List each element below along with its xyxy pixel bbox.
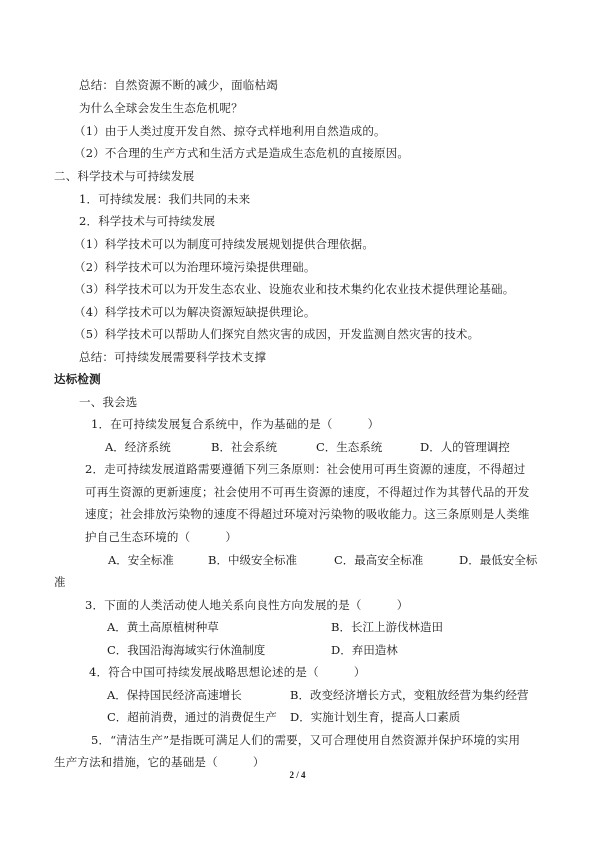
section-title: 二、科学技术与可持续发展 xyxy=(54,168,194,184)
option-d: D．人的管理调控 xyxy=(420,439,510,455)
question-stem: 生产方法和措施，它的基础是（ ） xyxy=(54,754,265,770)
sub-point: （2）科学技术可以为治理环境污染提供理础。 xyxy=(74,259,316,275)
reason-item: （1）由于人类过度开发自然、掠夺式样地利用自然造成的。 xyxy=(74,123,386,139)
option-wrap: 准 xyxy=(54,574,66,590)
question-stem: 1．在可持续发展复合系统中，作为基础的是（ ） xyxy=(91,416,379,432)
option-b: B．长江上游伐林造田 xyxy=(331,619,443,635)
option-b: B．中级安全标准 xyxy=(208,552,297,568)
option-c: C．超前消费，通过的消费促生产 xyxy=(107,709,277,725)
question-why: 为什么全球会发生生态危机呢？ xyxy=(79,100,243,116)
question-stem: 速度；社会排放污染物的速度不得超过环境对污染物的吸收能力。这三条原则是人类维 xyxy=(85,506,530,522)
question-stem: 2．走可持续发展道路需要遵循下列三条原则：社会使用可再生资源的速度，不得超过 xyxy=(85,461,525,477)
test-heading: 达标检测 xyxy=(54,371,101,387)
page-number: 2 / 4 xyxy=(0,770,595,780)
option-d: D．最低安全标 xyxy=(459,552,537,568)
question-stem: 5．“清洁生产”是指既可满足人们的需要，又可合理使用自然资源并保护环境的实用 xyxy=(91,732,520,748)
option-a: A．安全标准 xyxy=(108,552,174,568)
reason-item: （2）不合理的生产方式和生活方式是造成生态危机的直接原因。 xyxy=(74,145,409,161)
sub-point: （1）科学技术可以为制度可持续发展规划提供合理依据。 xyxy=(74,236,374,252)
question-stem: 护自己生态环境的（ ） xyxy=(85,529,237,545)
sub-point: （4）科学技术可以为解决资源短缺提供理论。 xyxy=(74,304,316,320)
option-b: B．改变经济增长方式，变粗放经营为集约经营 xyxy=(290,687,528,703)
part-title: 一、我会选 xyxy=(79,394,138,410)
option-a: A．黄土高原植树种草 xyxy=(107,619,219,635)
question-stem: 可再生资源的更新速度；社会使用不可再生资源的速度，不得超过作为其替代品的开发 xyxy=(85,484,530,500)
option-a: A．保持国民经济高速增长 xyxy=(107,687,242,703)
option-c: C．生态系统 xyxy=(316,439,382,455)
option-d: D．弃田造林 xyxy=(331,642,398,658)
sub-point: （5）科学技术可以帮助人们探究自然灾害的成因，开发监测自然灾害的技术。 xyxy=(74,326,479,342)
section-point: 2．科学技术与可持续发展 xyxy=(79,213,215,229)
sub-point: （3）科学技术可以为开发生态农业、设施农业和技术集约化农业技术提供理论基础。 xyxy=(74,281,514,297)
option-c: C．最高安全标准 xyxy=(334,552,423,568)
option-a: A．经济系统 xyxy=(105,439,171,455)
option-d: D．实施计划生育，提高人口素质 xyxy=(290,709,460,725)
question-stem: 3．下面的人类活动使人地关系向良性方向发展的是（ ） xyxy=(85,597,408,613)
section-summary: 总结：可持续发展需要科学技术支撑 xyxy=(79,349,266,365)
option-b: B．社会系统 xyxy=(211,439,277,455)
summary-text: 总结：自然资源不断的减少，面临枯竭 xyxy=(79,77,278,93)
question-stem: 4．符合中国可持续发展战略思想论述的是（ ） xyxy=(89,664,366,680)
section-point: 1．可持续发展：我们共同的未来 xyxy=(79,191,250,207)
option-c: C．我国沿海海域实行休渔制度 xyxy=(107,642,265,658)
